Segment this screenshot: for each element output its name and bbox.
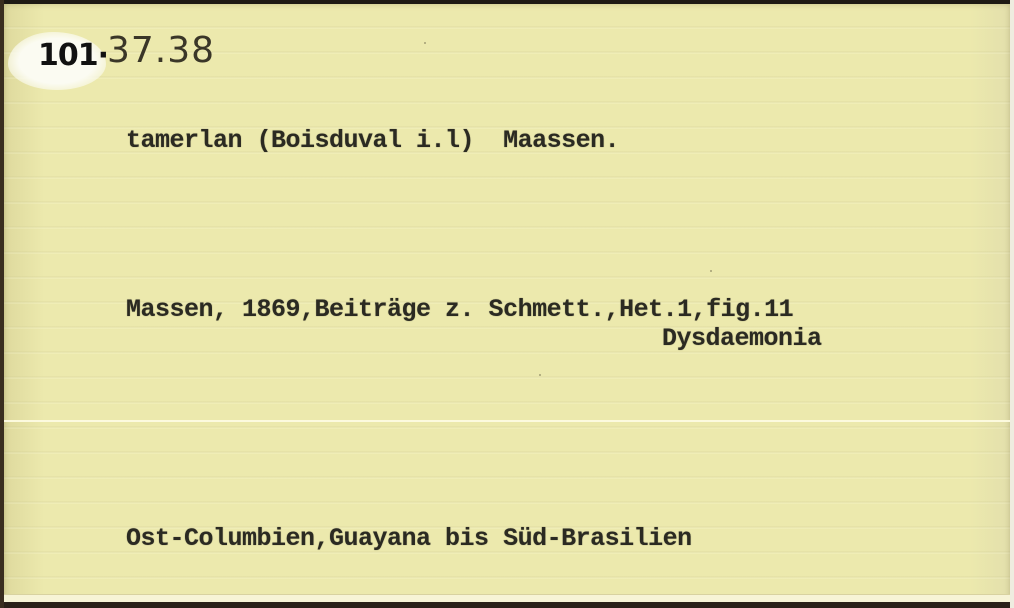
paper-speck xyxy=(424,42,426,44)
card-bottom-edge xyxy=(4,594,1010,602)
index-card: 101· 37.38 tamerlan (Boisduval i.l) Maas… xyxy=(4,4,1010,602)
catalogue-prefix: 101· xyxy=(38,38,108,73)
species-name-line: tamerlan (Boisduval i.l) Maassen. xyxy=(126,126,619,155)
scan-right-edge xyxy=(1010,0,1014,608)
paper-speck xyxy=(710,270,712,272)
catalogue-number: 37.38 xyxy=(107,30,215,71)
genus-line: Dysdaemonia xyxy=(662,324,822,353)
distribution-line: Ost-Columbien,Guayana bis Süd-Brasilien xyxy=(126,524,692,553)
card-crease-line xyxy=(4,420,1010,422)
paper-speck xyxy=(539,374,541,376)
reference-line: Massen, 1869,Beiträge z. Schmett.,Het.1,… xyxy=(126,295,793,324)
